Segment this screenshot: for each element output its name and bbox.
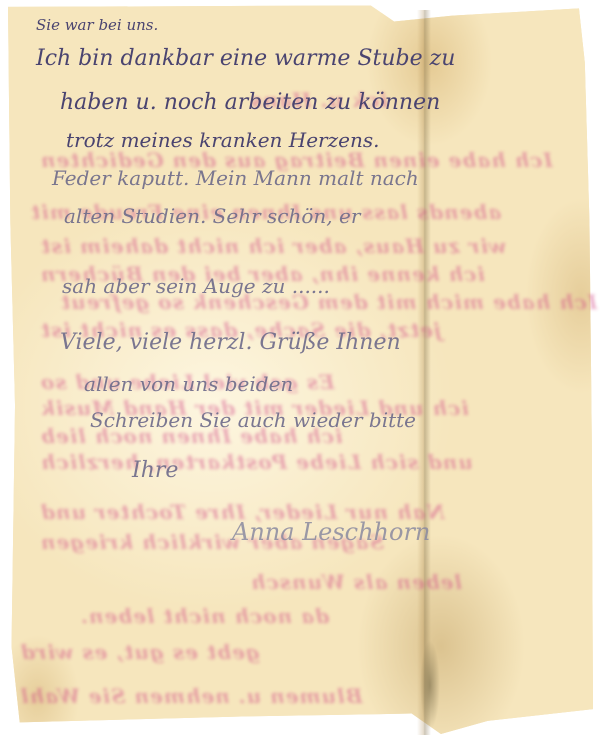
letter-line: alten Studien. Sehr schön, er [64,204,360,228]
paper-stain [420,640,440,730]
letter-line: Sie war bei uns. [36,16,158,34]
letter-line: allen von uns beiden [84,372,293,396]
letter-line: sah aber sein Auge zu ...... [62,274,330,298]
letter-line: trotz meines kranken Herzens. [66,128,380,152]
letter-line: Ich bin dankbar eine warme Stube zu [36,46,455,71]
signature: Anna Leschhorn [232,518,430,546]
letter-line: Schreiben Sie auch wieder bitte [90,408,416,432]
letter-line: Feder kaputt. Mein Mann malt nach [52,166,419,190]
fold-crease [417,10,431,735]
scan-canvas: ick u. Hans Ich habe einen Beitrag aus d… [0,0,600,737]
letter-line: Viele, viele herzl. Grüße Ihnen [60,330,401,355]
letter-line: Ihre [132,458,178,483]
letter-line: haben u. noch arbeiten zu können [60,90,440,115]
